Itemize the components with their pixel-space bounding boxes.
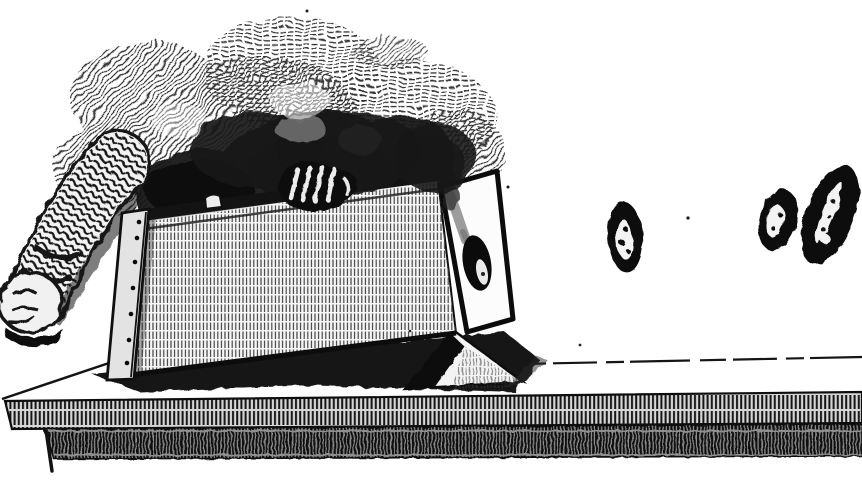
bench-apron-shadow xyxy=(44,424,862,459)
ink-speck xyxy=(409,330,412,333)
ink-speck xyxy=(579,344,582,347)
smoke-wisp xyxy=(352,35,428,69)
ink-speck xyxy=(686,216,689,219)
box-latch xyxy=(205,194,222,209)
smoke-highlight xyxy=(270,82,330,118)
ink-speck xyxy=(507,186,510,189)
engraving-smoke-box-illustration xyxy=(0,0,862,483)
ink-speck xyxy=(306,10,309,13)
hole-speck xyxy=(481,272,485,276)
illustration-canvas xyxy=(0,0,862,483)
